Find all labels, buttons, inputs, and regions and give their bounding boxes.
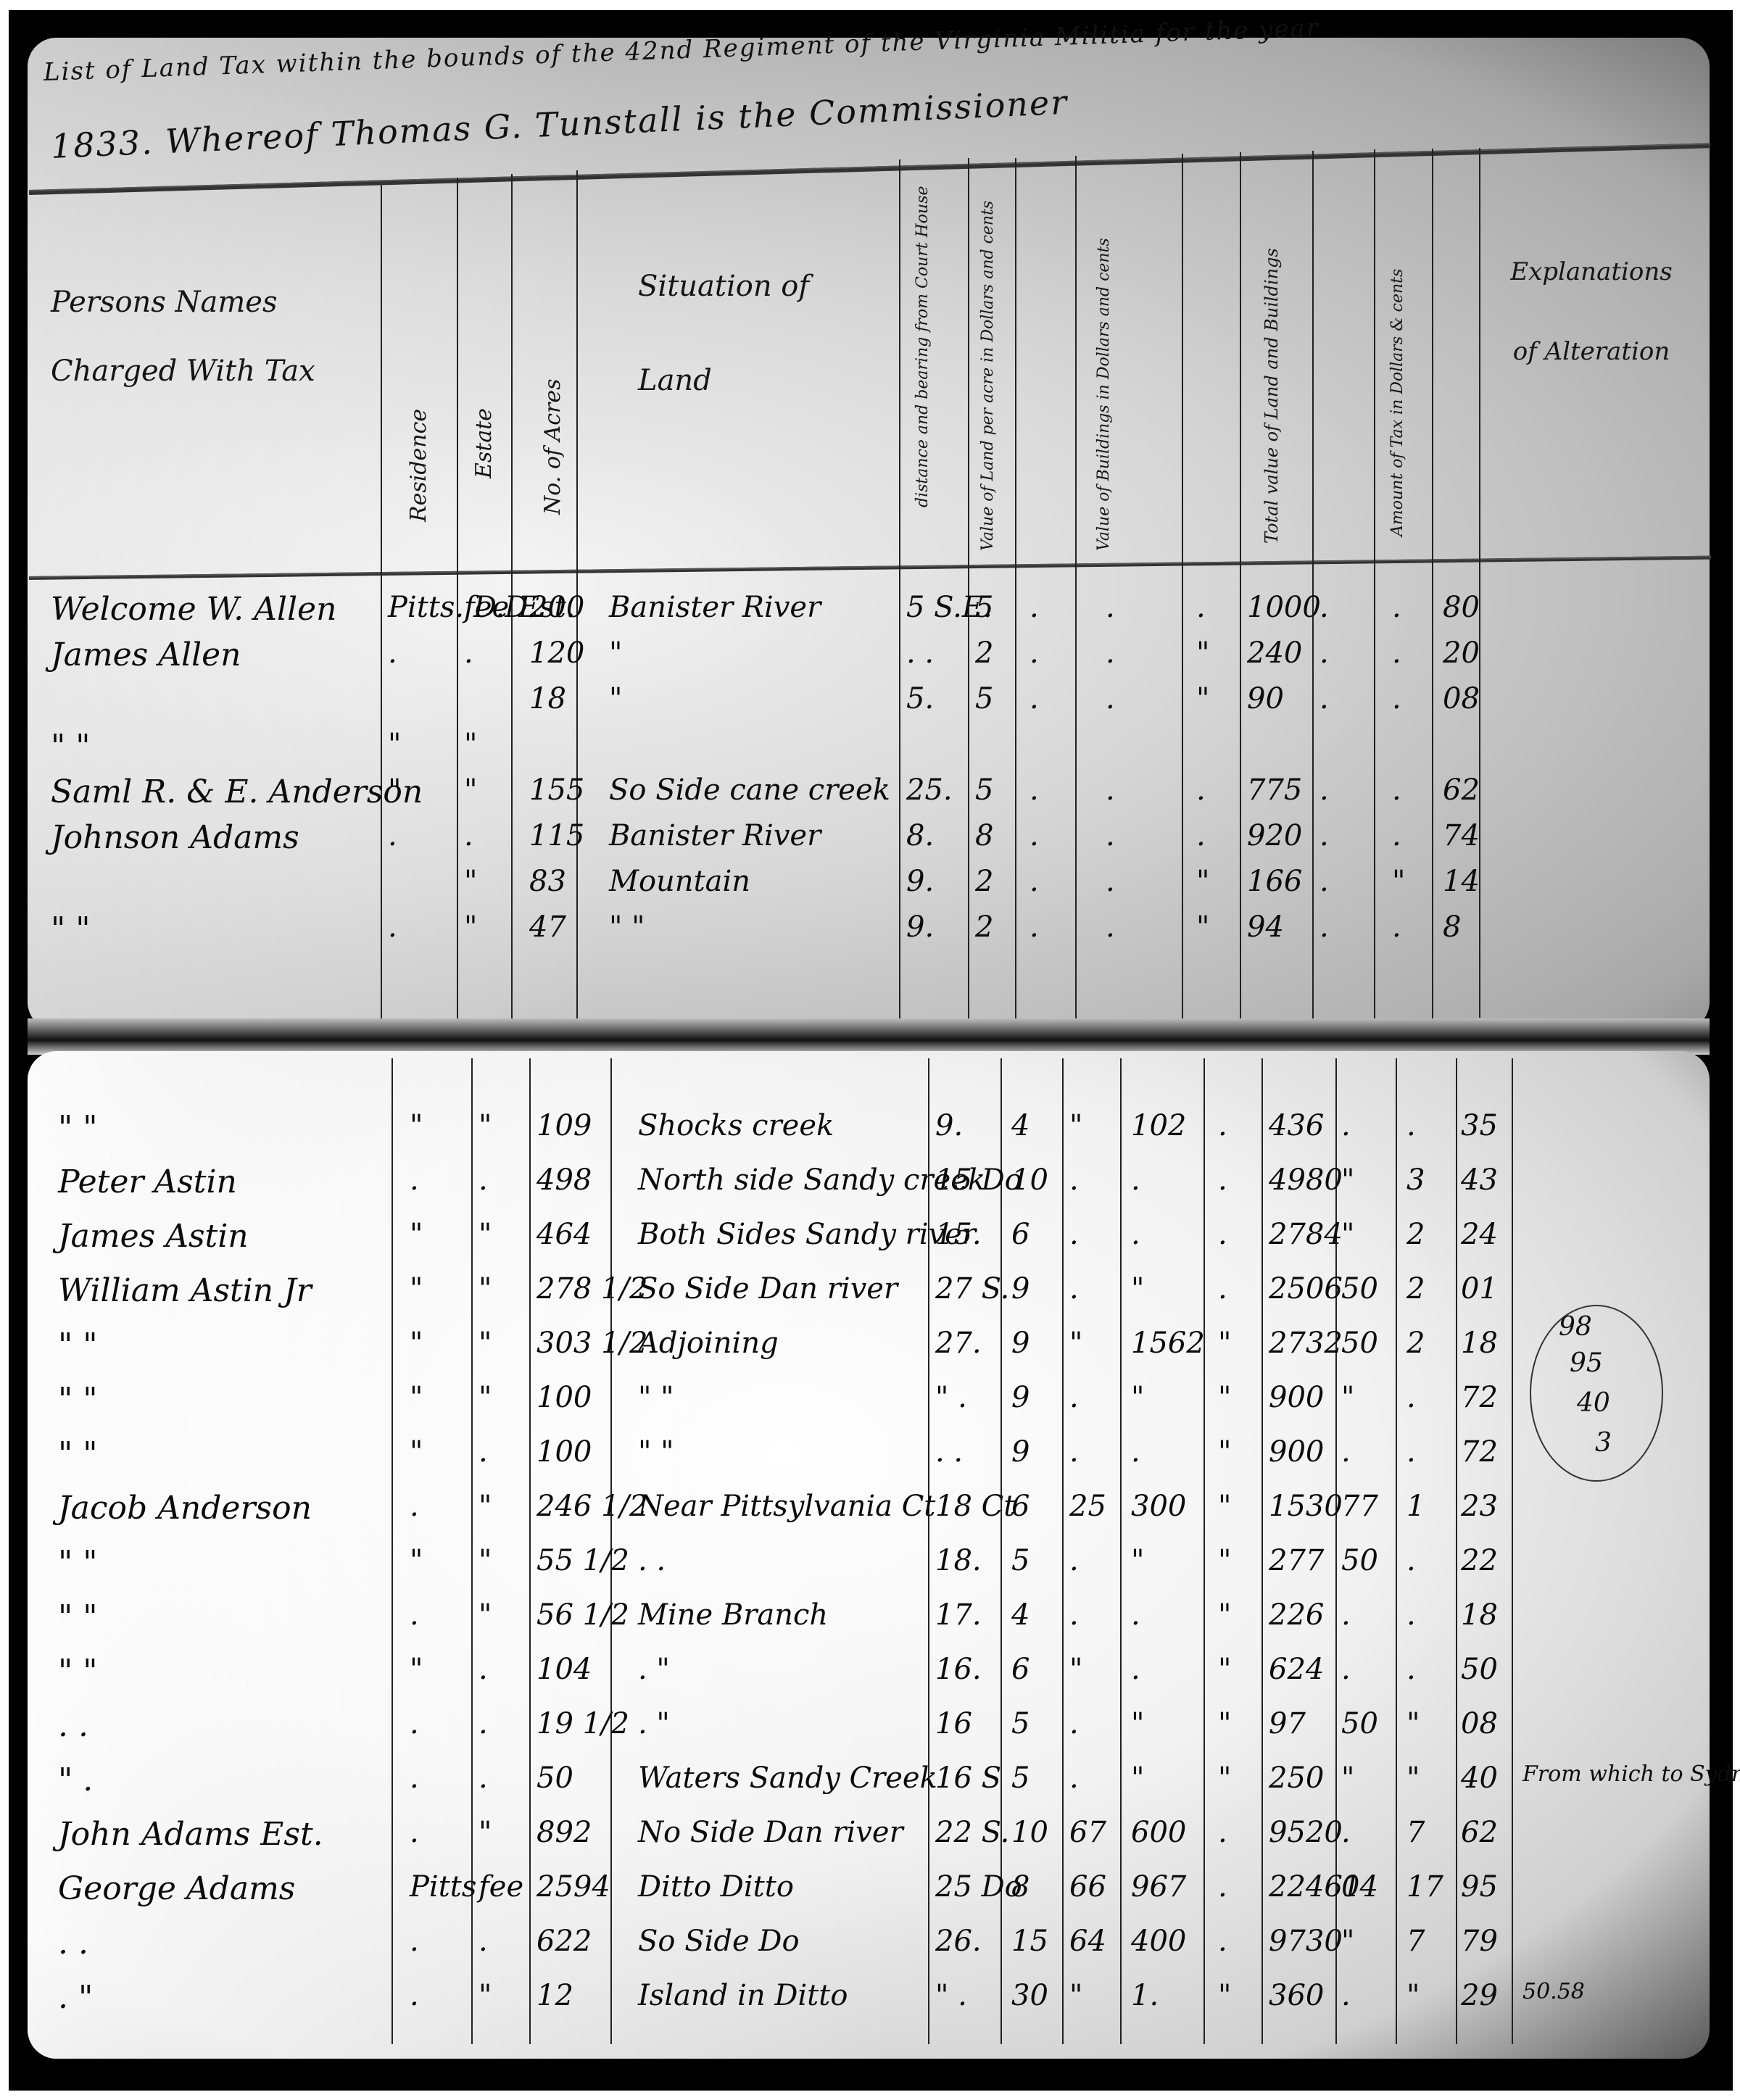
row-value-acre: 15	[1011, 1925, 1048, 1958]
row-total: 4980	[1269, 1163, 1343, 1197]
column-divider	[1396, 1058, 1397, 2044]
row-distance: . .	[935, 1435, 963, 1469]
row-situation: Shocks creek	[638, 1109, 834, 1142]
row-total: 2784	[1269, 1218, 1343, 1251]
row-bldg-cents: .	[1218, 1163, 1227, 1197]
row-estate: .	[464, 636, 473, 670]
row-acres: 200	[529, 591, 584, 624]
header-persons-names: Persons Names Charged With Tax	[51, 268, 355, 406]
row-total: 166	[1247, 865, 1302, 898]
row-name: George Adams	[58, 1870, 295, 1907]
row-situation: Waters Sandy Creek	[638, 1761, 937, 1795]
row-tax-dollars: "	[1406, 1761, 1420, 1795]
row-estate: .	[478, 1761, 488, 1795]
row-value-cents: .	[1029, 591, 1039, 624]
column-divider	[1075, 156, 1077, 1026]
row-acres: 155	[529, 773, 584, 807]
row-acres: 303 1/2	[536, 1327, 647, 1360]
header-situation-of-land: Situation of Land	[638, 239, 855, 428]
row-total-cents: 04	[1341, 1870, 1378, 1904]
row-total-cents: .	[1341, 1598, 1351, 1632]
row-total-cents: .	[1319, 910, 1329, 944]
row-tax-dollars: .	[1392, 591, 1401, 624]
row-total-cents: .	[1341, 1816, 1351, 1849]
row-bldg: .	[1131, 1218, 1140, 1251]
row-name: " "	[51, 728, 90, 765]
row-value-acre: 6	[1011, 1653, 1029, 1686]
row-bldg-cents: "	[1218, 1490, 1231, 1523]
row-tax-dollars: .	[1392, 819, 1401, 852]
row-total: 2732	[1269, 1327, 1343, 1360]
lower-page	[28, 1051, 1710, 2059]
row-total: 2506	[1269, 1272, 1343, 1306]
row-bldg: 300	[1131, 1490, 1186, 1523]
row-value-acre: 10	[1011, 1816, 1048, 1849]
row-estate: "	[478, 1816, 492, 1849]
row-value-cents: .	[1069, 1598, 1079, 1632]
row-distance: 5.	[906, 682, 934, 715]
row-total: 920	[1247, 819, 1302, 852]
header-amount-of-tax: Amount of Tax in Dollars & cents	[1388, 269, 1406, 536]
row-bldg-cents: .	[1196, 819, 1206, 852]
row-value-acre: 9	[1011, 1381, 1029, 1414]
row-residence: "	[410, 1272, 423, 1306]
row-bldg-cents: "	[1218, 1327, 1231, 1360]
row-tax-cents: 22	[1461, 1544, 1498, 1577]
column-divider	[1374, 149, 1375, 1019]
column-divider	[529, 1058, 531, 2044]
row-tax-cents: 29	[1461, 1979, 1498, 2012]
row-total: 90	[1247, 682, 1284, 715]
row-value-cents: .	[1069, 1544, 1079, 1577]
row-tax-cents: 95	[1461, 1870, 1498, 1904]
row-tax-cents: 80	[1443, 591, 1480, 624]
row-acres: 246 1/2	[536, 1490, 647, 1523]
row-value-cents: .	[1069, 1707, 1079, 1740]
row-residence: .	[410, 1490, 419, 1523]
row-name: . .	[58, 1707, 88, 1744]
row-value-acre: 2	[975, 636, 993, 670]
header-total-value: Total value of Land and Buildings	[1261, 248, 1282, 544]
row-residence: .	[388, 910, 397, 944]
row-residence: .	[410, 1761, 419, 1795]
row-estate: "	[478, 1381, 492, 1414]
column-divider	[381, 185, 382, 1033]
row-value-acre: 5	[975, 773, 993, 807]
row-distance: 15.	[935, 1218, 982, 1251]
row-tax-cents: 8	[1443, 910, 1461, 944]
row-value-acre: 5	[1011, 1707, 1029, 1740]
row-tax-cents: 79	[1461, 1925, 1498, 1958]
row-situation: So Side Do	[638, 1925, 800, 1958]
row-name: Saml R. & E. Anderson	[51, 773, 423, 810]
row-tax-cents: 08	[1443, 682, 1480, 715]
header-explanations: Explanations of Alteration	[1501, 232, 1682, 391]
row-acres: 120	[529, 636, 584, 670]
row-total: 1000	[1247, 591, 1321, 624]
row-acres: 892	[536, 1816, 592, 1849]
row-total: 97	[1269, 1707, 1306, 1740]
row-name: " .	[58, 1761, 93, 1798]
row-tax-cents: 18	[1461, 1327, 1498, 1360]
row-bldg: 1562	[1131, 1327, 1205, 1360]
row-total: 9520	[1269, 1816, 1343, 1849]
row-bldg-cents: "	[1218, 1544, 1231, 1577]
row-tax-dollars: 2	[1406, 1272, 1425, 1306]
row-total-cents: .	[1319, 773, 1329, 807]
row-total-cents: .	[1341, 1979, 1351, 2012]
row-tax-dollars: 3	[1406, 1163, 1425, 1197]
row-situation: Banister River	[609, 591, 821, 624]
row-bldg-cents: .	[1218, 1109, 1227, 1142]
row-situation: So Side cane creek	[609, 773, 890, 807]
row-bldg: .	[1106, 682, 1115, 715]
row-total: 94	[1247, 910, 1284, 944]
row-value-acre: 8	[975, 819, 993, 852]
row-value-cents: .	[1069, 1435, 1079, 1469]
row-bldg: .	[1106, 910, 1115, 944]
row-value-acre: 5	[1011, 1544, 1029, 1577]
row-estate: .	[464, 819, 473, 852]
row-estate: .	[478, 1925, 488, 1958]
row-bldg: 600	[1131, 1816, 1186, 1849]
header-estate: Estate	[471, 408, 497, 478]
row-tax-cents: 72	[1461, 1381, 1498, 1414]
row-value-cents: 66	[1069, 1870, 1106, 1904]
row-estate: "	[478, 1218, 492, 1251]
row-name: James Allen	[51, 636, 241, 673]
row-total: 436	[1269, 1109, 1324, 1142]
row-situation: " "	[638, 1381, 674, 1414]
row-explanation: 50.58	[1522, 1979, 1585, 2004]
circled-sum-4: 3	[1595, 1428, 1612, 1458]
row-residence: .	[410, 1163, 419, 1197]
row-total: 360	[1269, 1979, 1324, 2012]
row-name: " "	[58, 1653, 97, 1690]
row-situation: " "	[609, 910, 645, 944]
page-fold	[28, 1018, 1710, 1055]
row-value-cents: 25	[1069, 1490, 1106, 1523]
row-residence: .	[410, 1816, 419, 1849]
row-distance: 9.	[906, 865, 934, 898]
column-divider	[1120, 1058, 1122, 2044]
row-total-cents: "	[1341, 1381, 1354, 1414]
row-name: " "	[58, 1381, 97, 1418]
row-acres: 12	[536, 1979, 573, 2012]
row-situation: Adjoining	[638, 1327, 779, 1360]
row-distance: 8.	[906, 819, 934, 852]
row-residence: .	[410, 1598, 419, 1632]
row-acres: 100	[536, 1381, 592, 1414]
row-value-cents: .	[1069, 1272, 1079, 1306]
row-estate: "	[478, 1598, 492, 1632]
row-value-acre: 6	[1011, 1490, 1029, 1523]
row-value-cents: .	[1069, 1381, 1079, 1414]
row-bldg: "	[1131, 1761, 1144, 1795]
row-tax-cents: 62	[1461, 1816, 1498, 1849]
column-divider	[1512, 1058, 1513, 2044]
row-bldg-cents: "	[1196, 636, 1209, 670]
row-bldg-cents: .	[1218, 1925, 1227, 1958]
column-divider	[1203, 1058, 1205, 2044]
row-name: " "	[58, 1435, 97, 1472]
row-distance: 25 Do	[935, 1870, 1022, 1904]
row-tax-cents: 24	[1461, 1218, 1498, 1251]
row-value-cents: .	[1029, 636, 1039, 670]
row-value-acre: 9	[1011, 1272, 1029, 1306]
row-tax-cents: 43	[1461, 1163, 1498, 1197]
row-tax-dollars: 1	[1406, 1490, 1425, 1523]
row-estate: .	[478, 1435, 488, 1469]
row-estate: "	[464, 865, 477, 898]
row-estate: "	[478, 1544, 492, 1577]
row-bldg-cents: .	[1218, 1870, 1227, 1904]
row-bldg: .	[1131, 1598, 1140, 1632]
row-total: 624	[1269, 1653, 1324, 1686]
row-total: 277	[1269, 1544, 1324, 1577]
row-situation: North side Sandy creek	[638, 1163, 985, 1197]
row-name: Welcome W. Allen	[51, 591, 336, 628]
row-total-cents: 50	[1341, 1327, 1378, 1360]
row-residence: "	[410, 1381, 423, 1414]
row-name: " "	[51, 910, 90, 947]
row-total: 775	[1247, 773, 1302, 807]
row-tax-cents: 23	[1461, 1490, 1498, 1523]
row-total-cents: .	[1319, 819, 1329, 852]
row-total: 9730	[1269, 1925, 1343, 1958]
row-total-cents: .	[1341, 1109, 1351, 1142]
row-tax-dollars: .	[1406, 1653, 1416, 1686]
row-situation: "	[609, 682, 622, 715]
row-total-cents: 77	[1341, 1490, 1378, 1523]
header-value-buildings: Value of Buildings in Dollars and cents	[1095, 238, 1113, 551]
row-situation: " "	[638, 1435, 674, 1469]
row-acres: 47	[529, 910, 566, 944]
row-bldg-cents: "	[1218, 1761, 1231, 1795]
row-bldg-cents: "	[1196, 865, 1209, 898]
row-value-acre: 5	[975, 682, 993, 715]
row-total-cents: .	[1319, 682, 1329, 715]
row-distance: 9.	[906, 910, 934, 944]
row-residence: "	[410, 1109, 423, 1142]
row-name: " "	[58, 1544, 97, 1581]
row-bldg: 967	[1131, 1870, 1186, 1904]
row-acres: 104	[536, 1653, 592, 1686]
row-tax-dollars: 7	[1406, 1925, 1425, 1958]
row-value-cents: .	[1029, 819, 1039, 852]
row-acres: 278 1/2	[536, 1272, 647, 1306]
row-total-cents: .	[1341, 1435, 1351, 1469]
row-tax-cents: 14	[1443, 865, 1480, 898]
row-estate: "	[478, 1490, 492, 1523]
row-acres: 622	[536, 1925, 592, 1958]
row-name: " "	[58, 1109, 97, 1146]
row-value-acre: 2	[975, 865, 993, 898]
row-value-cents: .	[1069, 1218, 1079, 1251]
row-bldg: "	[1131, 1707, 1144, 1740]
header-no-of-acres: No. of Acres	[540, 378, 565, 515]
row-residence: .	[410, 1925, 419, 1958]
row-value-cents: .	[1029, 865, 1039, 898]
row-tax-dollars: "	[1392, 865, 1405, 898]
row-value-acre: 5	[1011, 1761, 1029, 1795]
row-bldg: .	[1131, 1435, 1140, 1469]
row-acres: 464	[536, 1218, 592, 1251]
row-residence: "	[410, 1327, 423, 1360]
row-residence: "	[410, 1544, 423, 1577]
row-name: Peter Astin	[58, 1163, 237, 1200]
row-tax-cents: 74	[1443, 819, 1480, 852]
column-divider	[1182, 154, 1183, 1024]
row-acres: 55 1/2	[536, 1544, 629, 1577]
row-acres: 18	[529, 682, 566, 715]
row-residence: .	[410, 1707, 419, 1740]
row-value-cents: .	[1029, 910, 1039, 944]
row-value-acre: 6	[1011, 1218, 1029, 1251]
row-value-cents: .	[1069, 1163, 1079, 1197]
row-residence: "	[388, 773, 401, 807]
row-residence: "	[410, 1435, 423, 1469]
row-residence: Pitts	[410, 1870, 476, 1904]
row-bldg-cents: "	[1218, 1435, 1231, 1469]
row-total-cents: 50	[1341, 1272, 1378, 1306]
row-total: 226	[1269, 1598, 1324, 1632]
row-situation: No Side Dan river	[638, 1816, 903, 1849]
row-tax-cents: 62	[1443, 773, 1480, 807]
row-name: Jacob Anderson	[58, 1490, 312, 1527]
row-value-cents: 67	[1069, 1816, 1106, 1849]
row-bldg-cents: .	[1218, 1218, 1227, 1251]
row-value-cents: "	[1069, 1109, 1082, 1142]
row-situation: Ditto Ditto	[638, 1870, 794, 1904]
row-estate: "	[478, 1327, 492, 1360]
row-bldg: .	[1106, 636, 1115, 670]
row-bldg: .	[1106, 819, 1115, 852]
row-bldg-cents: .	[1218, 1816, 1227, 1849]
circled-sum-2: 95	[1570, 1348, 1603, 1378]
row-distance: 18 Ct	[935, 1490, 1015, 1523]
row-bldg-cents: "	[1218, 1381, 1231, 1414]
row-distance: 26.	[935, 1925, 982, 1958]
column-divider	[1062, 1058, 1064, 2044]
row-tax-dollars: .	[1392, 773, 1401, 807]
row-estate: .	[478, 1653, 488, 1686]
row-tax-dollars: .	[1406, 1544, 1416, 1577]
row-estate: .	[478, 1163, 488, 1197]
row-tax-dollars: "	[1406, 1979, 1420, 2012]
row-distance: 16.	[935, 1653, 982, 1686]
row-distance: 22 S.	[935, 1816, 1009, 1849]
row-value-acre: 10	[1011, 1163, 1048, 1197]
row-bldg-cents: "	[1196, 682, 1209, 715]
row-residence: "	[410, 1653, 423, 1686]
row-tax-dollars: .	[1406, 1109, 1416, 1142]
row-bldg-cents: .	[1196, 773, 1206, 807]
header-value-land: Value of Land per acre in Dollars and ce…	[979, 201, 997, 551]
row-bldg-cents: "	[1218, 1979, 1231, 2012]
column-divider	[1312, 151, 1314, 1021]
row-bldg-cents: "	[1218, 1707, 1231, 1740]
row-name: James Astin	[58, 1218, 249, 1255]
row-acres: 50	[536, 1761, 573, 1795]
row-distance: 17.	[935, 1598, 982, 1632]
row-total-cents: "	[1341, 1761, 1354, 1795]
row-estate: "	[464, 773, 477, 807]
row-distance: . .	[906, 636, 934, 670]
row-value-cents: .	[1029, 773, 1039, 807]
row-situation: Banister River	[609, 819, 821, 852]
row-value-cents: "	[1069, 1653, 1082, 1686]
row-bldg: "	[1131, 1272, 1144, 1306]
row-name: . "	[58, 1979, 93, 2016]
header-residence: Residence	[406, 409, 431, 522]
row-value-acre: 4	[1011, 1598, 1029, 1632]
circled-sum-1: 98	[1559, 1312, 1592, 1342]
row-distance: 18.	[935, 1544, 982, 1577]
row-tax-cents: 72	[1461, 1435, 1498, 1469]
row-bldg: "	[1131, 1544, 1144, 1577]
row-acres: 109	[536, 1109, 592, 1142]
row-distance: 16	[935, 1707, 972, 1740]
row-total: 900	[1269, 1381, 1324, 1414]
row-name: Johnson Adams	[51, 819, 299, 856]
row-tax-cents: 20	[1443, 636, 1480, 670]
row-situation: . .	[638, 1544, 666, 1577]
row-acres: 100	[536, 1435, 592, 1469]
row-bldg-cents: "	[1218, 1598, 1231, 1632]
row-value-acre: 4	[1011, 1109, 1029, 1142]
row-total: 250	[1269, 1761, 1324, 1795]
row-tax-dollars: 2	[1406, 1327, 1425, 1360]
row-tax-dollars: .	[1406, 1435, 1416, 1469]
row-bldg: .	[1131, 1163, 1140, 1197]
row-value-cents: 64	[1069, 1925, 1106, 1958]
row-estate: "	[478, 1979, 492, 2012]
row-distance: " .	[935, 1381, 967, 1414]
row-residence: .	[388, 636, 397, 670]
row-value-cents: .	[1029, 682, 1039, 715]
row-tax-dollars: .	[1406, 1598, 1416, 1632]
column-divider	[1240, 152, 1241, 1022]
row-tax-dollars: 2	[1406, 1218, 1425, 1251]
row-value-cents: .	[1069, 1761, 1079, 1795]
row-total: 1530	[1269, 1490, 1343, 1523]
row-total-cents: .	[1341, 1653, 1351, 1686]
row-acres: 83	[529, 865, 566, 898]
row-value-acre: 30	[1011, 1979, 1048, 2012]
row-distance: 27 S.	[935, 1272, 1009, 1306]
row-total-cents: .	[1319, 865, 1329, 898]
row-tax-dollars: .	[1392, 682, 1401, 715]
row-situation: "	[609, 636, 622, 670]
row-name: John Adams Est.	[58, 1816, 323, 1853]
row-bldg: .	[1106, 773, 1115, 807]
row-tax-dollars: .	[1406, 1381, 1416, 1414]
row-tax-cents: 40	[1461, 1761, 1498, 1795]
row-tax-cents: 18	[1461, 1598, 1498, 1632]
column-divider	[899, 159, 900, 1029]
row-tax-dollars: .	[1392, 636, 1401, 670]
row-acres: 498	[536, 1163, 592, 1197]
row-bldg-cents: "	[1218, 1653, 1231, 1686]
row-value-cents: "	[1069, 1979, 1082, 2012]
row-tax-cents: 50	[1461, 1653, 1498, 1686]
row-tax-cents: 08	[1461, 1707, 1498, 1740]
row-residence: .	[410, 1979, 419, 2012]
row-distance: " .	[935, 1979, 967, 2012]
row-estate: fee	[478, 1870, 523, 1904]
row-name: " "	[58, 1598, 97, 1635]
